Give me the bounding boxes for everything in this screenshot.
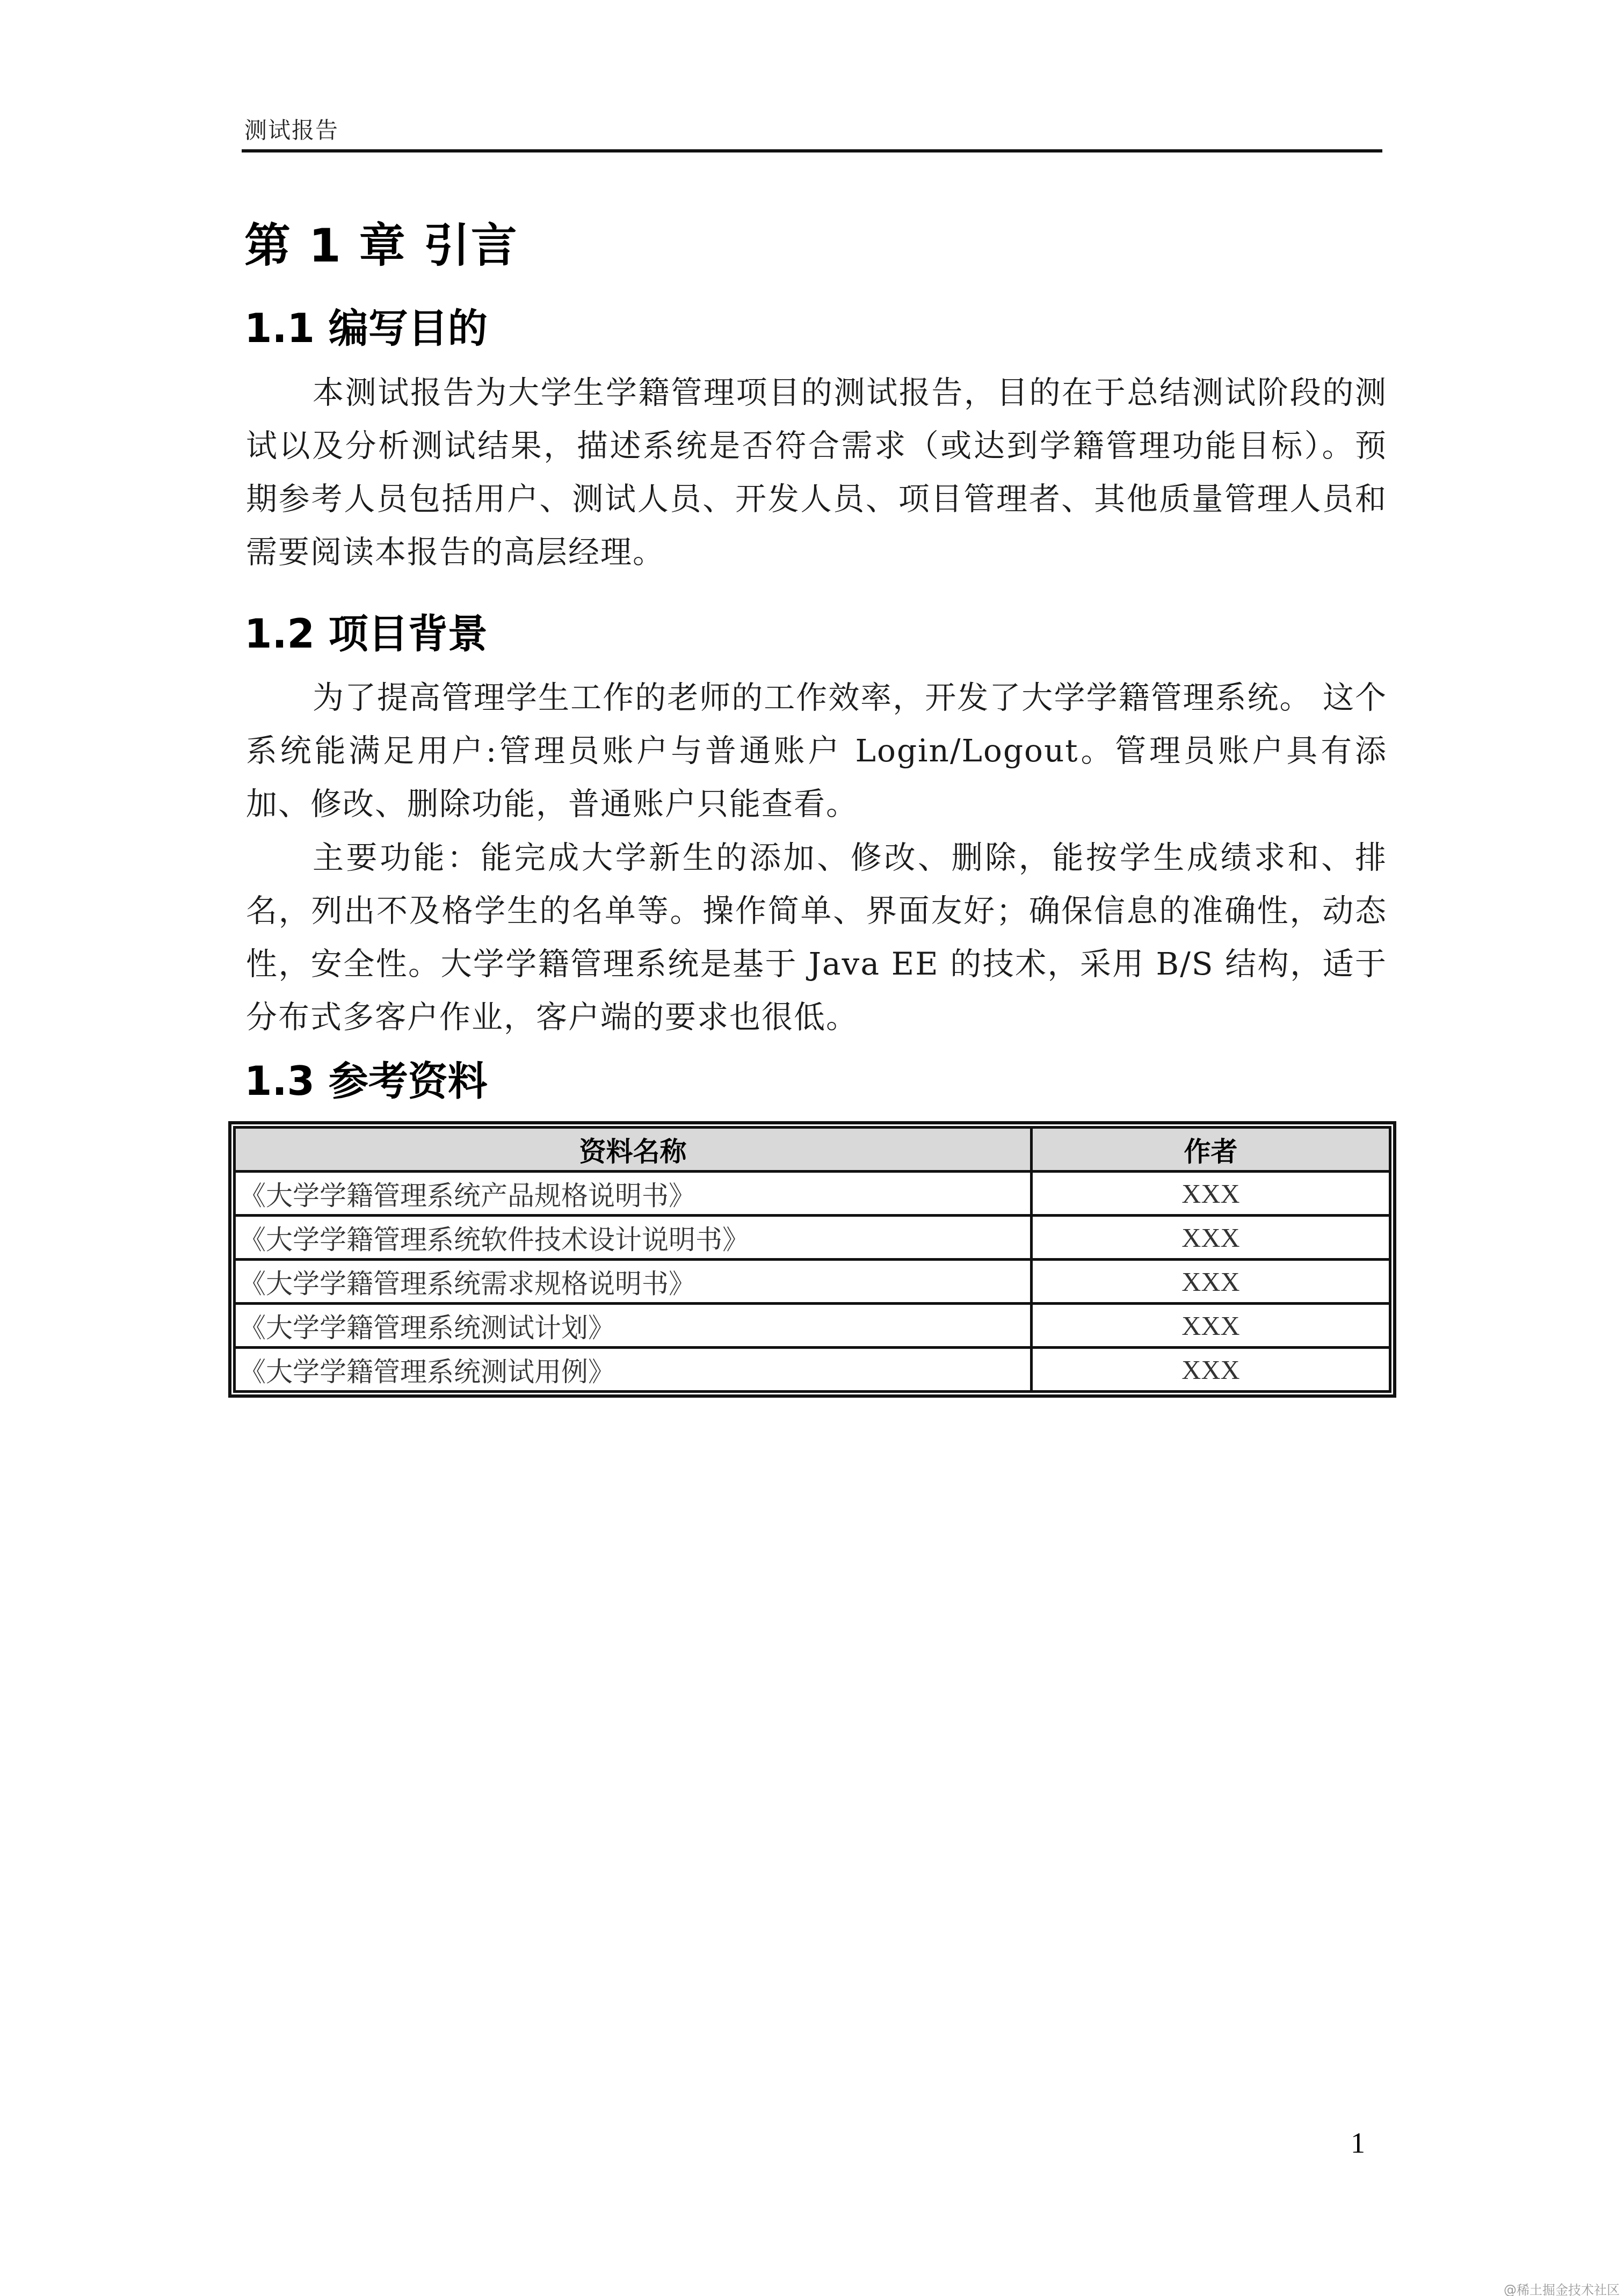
paragraph-purpose: 本测试报告为大学生学籍管理项目的测试报告，目的在于总结测试阶段的测试以及分析测试… — [246, 366, 1387, 579]
table-row: 《大学学籍管理系统软件技术设计说明书》 XXX — [235, 1216, 1390, 1260]
paragraph-background-2: 主要功能：能完成大学新生的添加、修改、删除，能按学生成绩求和、排名，列出不及格学… — [246, 831, 1387, 1044]
section-title-references: 1.3 参考资料 — [244, 1050, 488, 1107]
table-row: 《大学学籍管理系统测试计划》 XXX — [235, 1304, 1390, 1348]
reference-author: XXX — [1032, 1172, 1390, 1216]
reference-author: XXX — [1032, 1348, 1390, 1392]
reference-title: 《大学学籍管理系统需求规格说明书》 — [235, 1260, 1032, 1304]
reference-title: 《大学学籍管理系统测试计划》 — [235, 1304, 1032, 1348]
column-header-author: 作者 — [1032, 1128, 1390, 1172]
reference-title: 《大学学籍管理系统测试用例》 — [235, 1348, 1032, 1392]
reference-title: 《大学学籍管理系统产品规格说明书》 — [235, 1172, 1032, 1216]
reference-author: XXX — [1032, 1304, 1390, 1348]
section-title-background: 1.2 项目背景 — [244, 602, 488, 659]
reference-table: 资料名称 作者 《大学学籍管理系统产品规格说明书》 XXX 《大学学籍管理系统软… — [233, 1126, 1391, 1393]
reference-title: 《大学学籍管理系统软件技术设计说明书》 — [235, 1216, 1032, 1260]
column-header-title: 资料名称 — [235, 1128, 1032, 1172]
table-row: 《大学学籍管理系统产品规格说明书》 XXX — [235, 1172, 1390, 1216]
reference-table-frame: 资料名称 作者 《大学学籍管理系统产品规格说明书》 XXX 《大学学籍管理系统软… — [228, 1121, 1396, 1398]
table-row: 《大学学籍管理系统测试用例》 XXX — [235, 1348, 1390, 1392]
reference-author: XXX — [1032, 1260, 1390, 1304]
chapter-title: 第 1 章 引言 — [244, 208, 518, 275]
table-header-row: 资料名称 作者 — [235, 1128, 1390, 1172]
section-title-purpose: 1.1 编写目的 — [244, 297, 488, 354]
watermark: @稀土掘金技术社区 — [1504, 2279, 1620, 2296]
table-row: 《大学学籍管理系统需求规格说明书》 XXX — [235, 1260, 1390, 1304]
page-number: 1 — [1351, 2126, 1365, 2160]
paragraph-background-1: 为了提高管理学生工作的老师的工作效率，开发了大学学籍管理系统。 这个系统能满足用… — [246, 671, 1387, 831]
header-rule — [242, 149, 1382, 152]
running-header-title: 测试报告 — [244, 113, 339, 145]
reference-author: XXX — [1032, 1216, 1390, 1260]
